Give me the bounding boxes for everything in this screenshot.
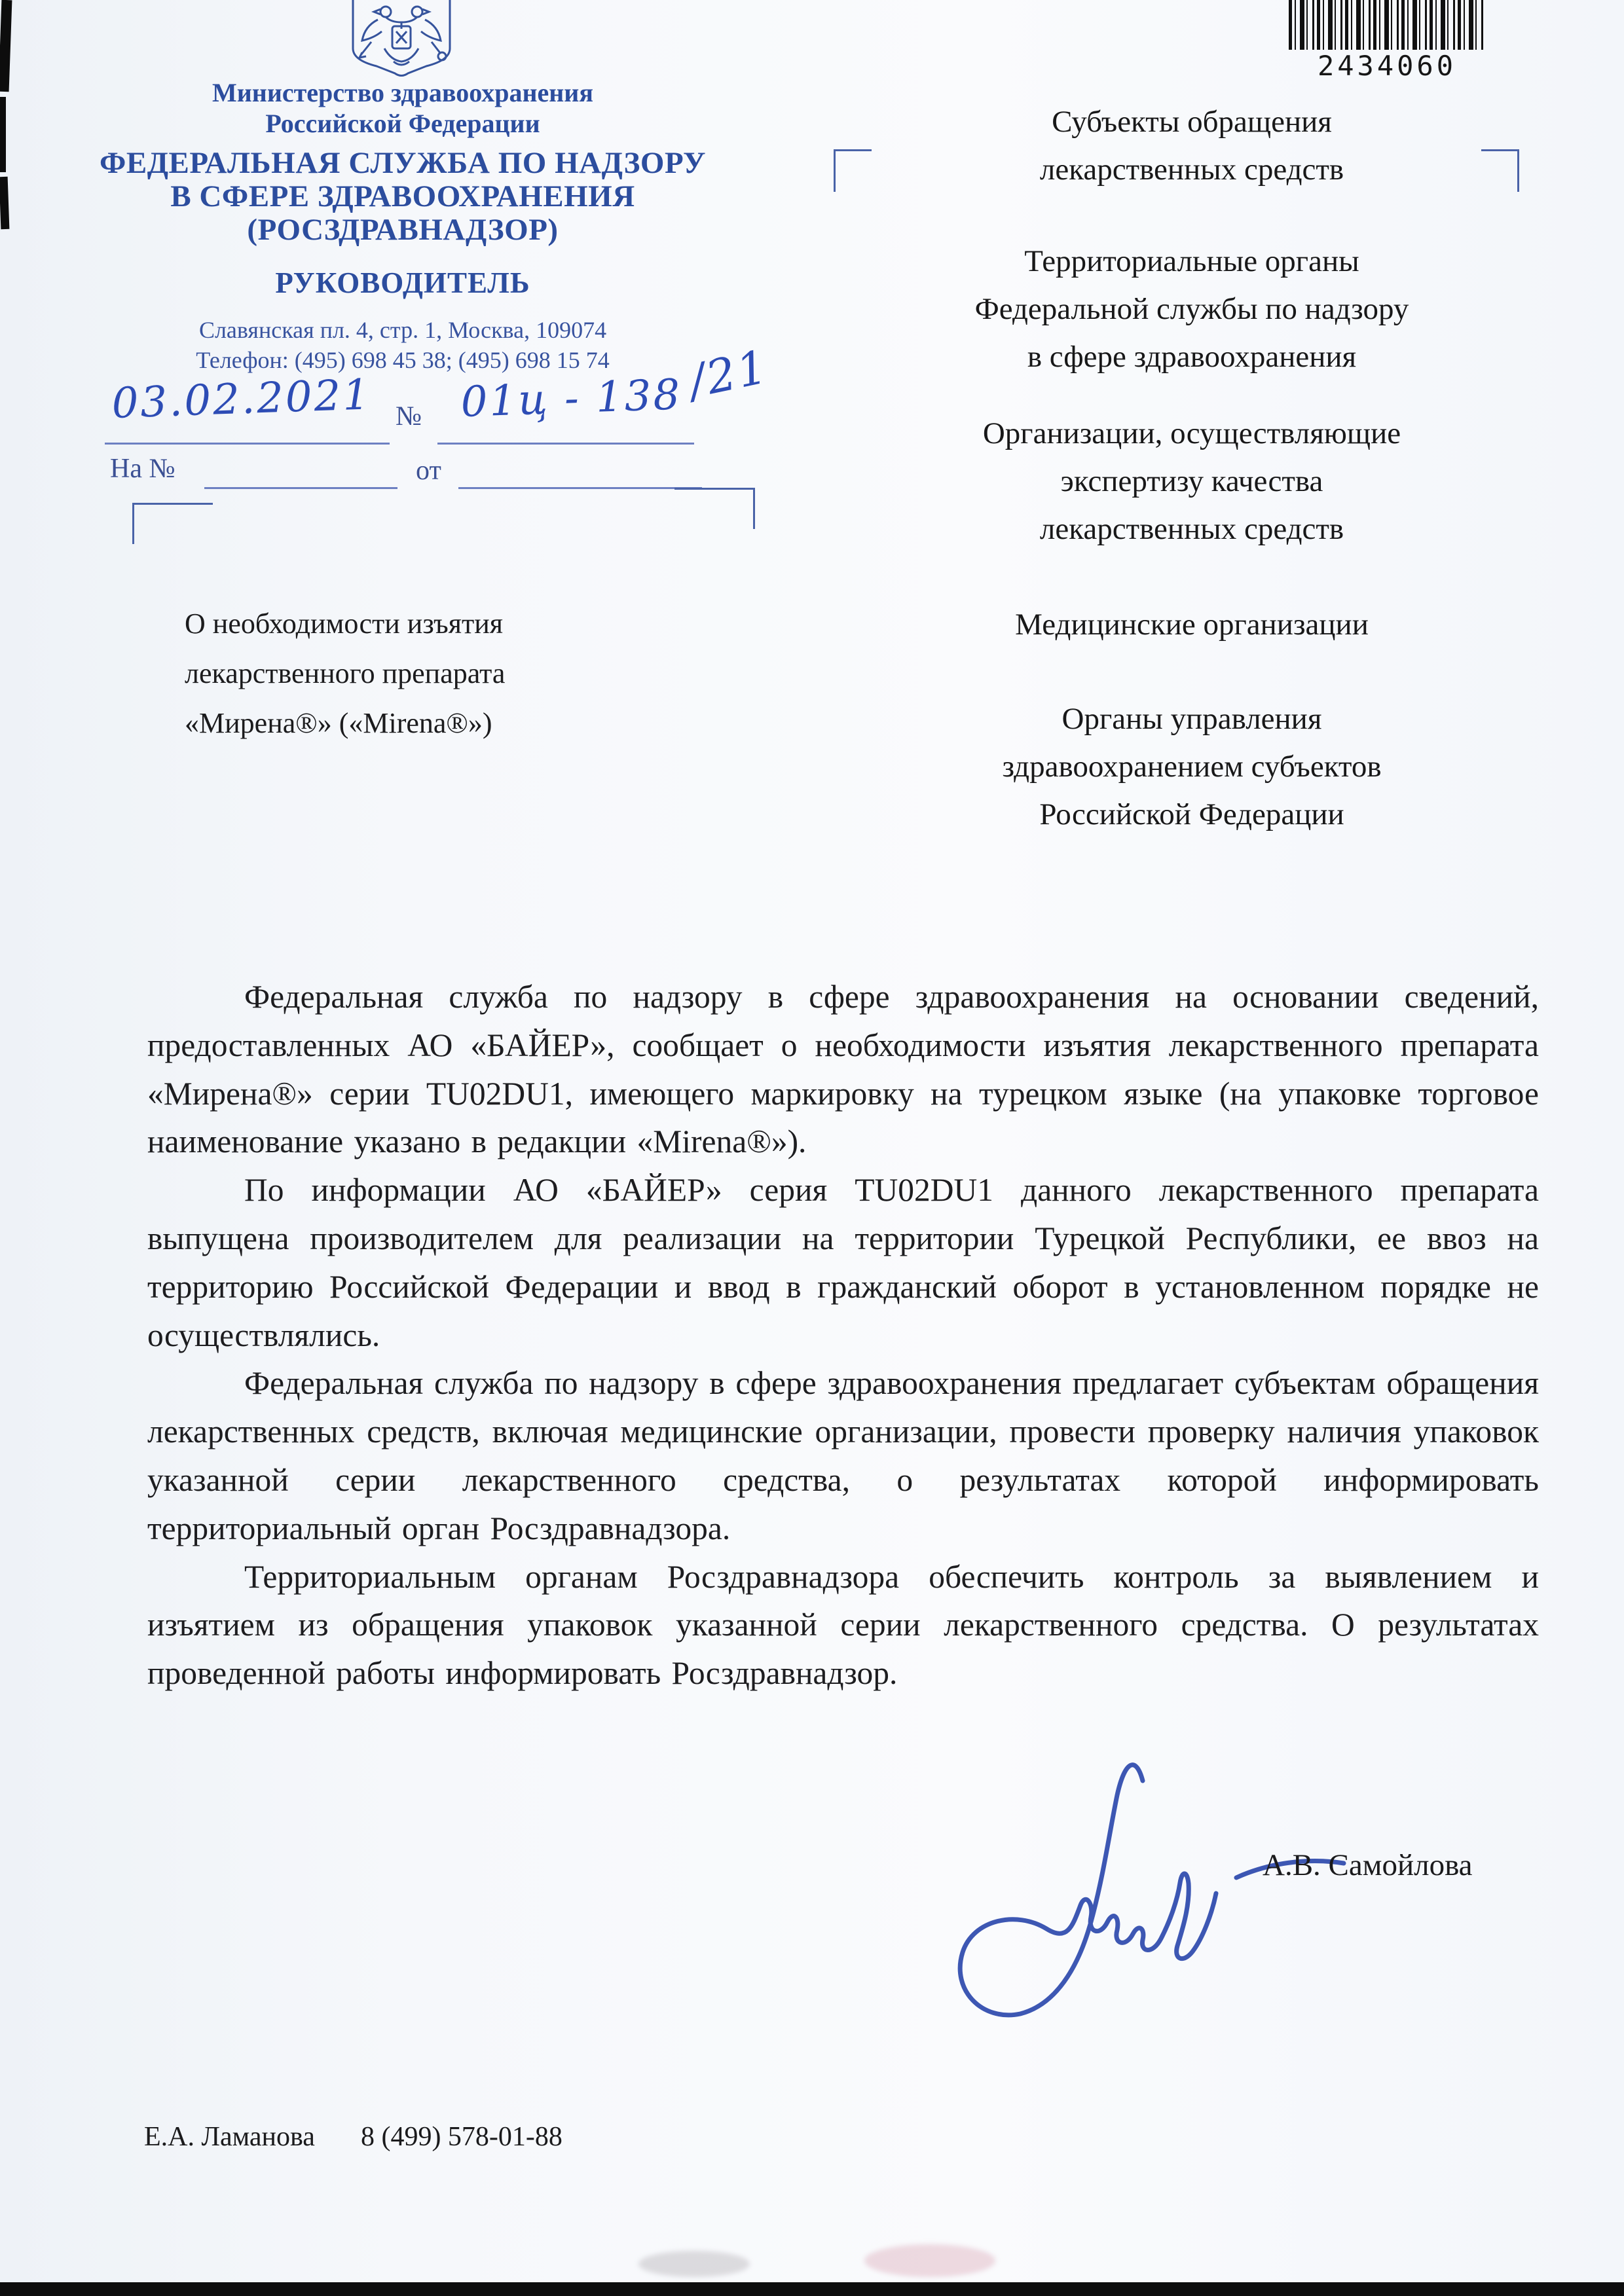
signer-name: А.В. Самойлова (1263, 1848, 1473, 1883)
document-page: Министерство здравоохранения Российской … (0, 0, 1624, 2296)
barcode-bars (1289, 0, 1485, 50)
recipient-health-authorities: Органы управления здравоохранением субъе… (815, 695, 1568, 839)
corner-mark-top-left (132, 503, 213, 544)
reply-from-label: от (416, 455, 441, 486)
executor-line: Е.А. Ламанова8 (499) 578-01-88 (144, 2121, 563, 2153)
service-name: ФЕДЕРАЛЬНАЯ СЛУЖБА ПО НАДЗОРУ В СФЕРЕ ЗД… (72, 147, 733, 247)
scan-edge-artifact (0, 97, 6, 172)
scan-edge-artifact (0, 177, 9, 229)
recipient-medical-organizations: Медицинские организации (815, 601, 1568, 649)
body-paragraph: По информации АО «БАЙЕР» серия TU02DU1 д… (147, 1166, 1539, 1359)
scan-artifact (638, 2251, 750, 2277)
reply-to-label: На № (110, 453, 175, 484)
signature-autograph (845, 1741, 1356, 2030)
recipient-territorial-bodies: Территориальные органы Федеральной служб… (815, 238, 1568, 381)
number-sign: № (396, 401, 422, 432)
scan-edge-bottom (0, 2282, 1624, 2296)
barcode-number: 2434060 (1289, 50, 1485, 82)
phone-line: Телефон: (495) 698 45 38; (495) 698 15 7… (88, 346, 717, 375)
outgoing-date-handwritten: 03.02.2021 (111, 371, 372, 428)
reply-date-underline (458, 487, 702, 489)
executor-name: Е.А. Ламанова (144, 2122, 315, 2152)
date-underline (105, 443, 390, 445)
position-title: РУКОВОДИТЕЛЬ (88, 266, 717, 300)
ministry-name: Министерство здравоохранения Российской … (88, 77, 717, 139)
number-underline (437, 443, 694, 445)
barcode: 2434060 (1289, 0, 1485, 82)
scan-edge-artifact (0, 0, 12, 92)
reply-number-underline (204, 487, 397, 489)
scan-artifact (864, 2244, 995, 2277)
body-paragraph: Территориальным органам Росздравнадзора … (147, 1553, 1539, 1698)
corner-mark-top-right (674, 488, 755, 529)
letter-body: Федеральная служба по надзору в сфере зд… (147, 973, 1539, 1698)
body-paragraph: Федеральная служба по надзору в сфере зд… (147, 1359, 1539, 1552)
body-paragraph: Федеральная служба по надзору в сфере зд… (147, 973, 1539, 1166)
subject-line: О необходимости изъятия лекарственного п… (185, 599, 695, 748)
recipient-expertise-organizations: Организации, осуществляющие экспертизу к… (815, 410, 1568, 553)
recipient-subjects: Субъекты обращения лекарственных средств (815, 98, 1568, 194)
address-line: Славянская пл. 4, стр. 1, Москва, 109074 (88, 316, 717, 345)
outgoing-number-handwritten: 01ц - 138 (460, 371, 682, 427)
coat-of-arms-emblem (345, 0, 458, 80)
executor-phone: 8 (499) 578-01-88 (361, 2122, 563, 2152)
